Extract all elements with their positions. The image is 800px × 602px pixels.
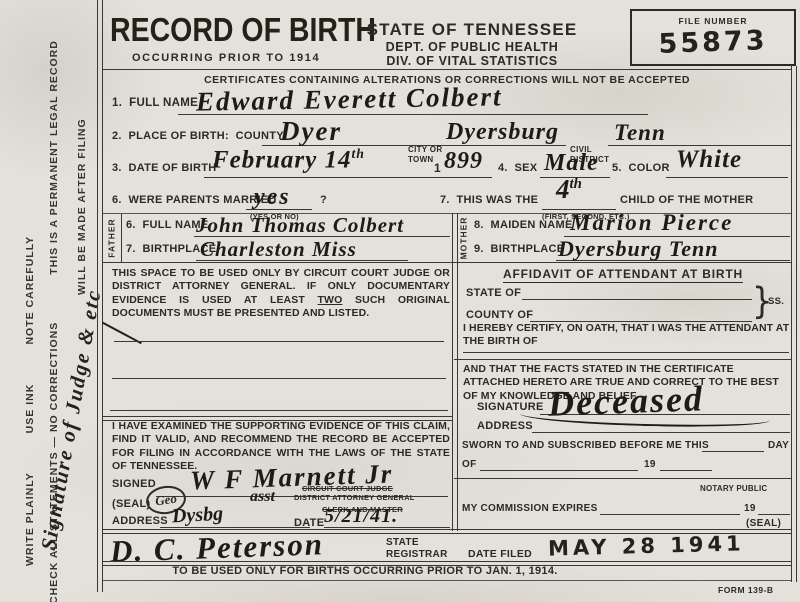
evidence-blank-line-1 (114, 341, 444, 342)
year-value: 899 (444, 148, 483, 175)
address-label-right: ADDRESS (477, 420, 533, 432)
sworn-day-line (702, 451, 764, 452)
file-number-stamp: 55873 (632, 24, 795, 61)
court-box-instructions: THIS SPACE TO BE USED ONLY BY CIRCUIT CO… (112, 267, 450, 321)
state-registrar-label-2: REGISTRAR (386, 549, 448, 560)
margin-note-outer: WRITE PLAINLY USE INK NOTE CAREFULLY (24, 236, 36, 566)
mother-name-value: Marion Pierce (570, 210, 733, 236)
evidence-blank-line-2 (112, 378, 446, 379)
date-value: February 14th (212, 146, 365, 174)
court-box-two-underlined: TWO (318, 294, 343, 306)
asst-note: asst (250, 488, 275, 506)
question-mark: ? (320, 194, 327, 206)
affidavit-title: AFFIDAVIT OF ATTENDANT AT BIRTH (503, 267, 743, 283)
state-of-line (522, 299, 752, 300)
day-label: DAY (768, 440, 789, 451)
parents-married-label: 6. WERE PARENTS MARRIED (112, 194, 277, 206)
ss-label: SS. (768, 296, 784, 307)
year-19-label: 19 (644, 459, 656, 470)
father-cell-divider (121, 214, 122, 262)
commission-19-label: 19 (744, 503, 756, 514)
child-of-mother-label: CHILD OF THE MOTHER (620, 194, 753, 206)
address-value-left: Dysbg (171, 503, 223, 529)
notary-rule (454, 478, 791, 479)
county-value: Dyer (280, 116, 342, 147)
child-number-label: 7. THIS WAS THE (440, 194, 538, 206)
signed-label: SIGNED (112, 478, 156, 490)
parent-block-bottom-rule (103, 262, 791, 263)
evidence-blank-line-3 (110, 410, 448, 411)
circuit-court-judge-label: CIRCUIT COURT JUDGE (302, 484, 393, 493)
place-of-birth-label: 2. PLACE OF BIRTH: COUNTY (112, 130, 284, 142)
color-label: 5. COLOR (612, 162, 670, 174)
father-side-label: FATHER (103, 214, 120, 262)
certify-statement: I HEREBY CERTIFY, ON OATH, THAT I WAS TH… (463, 322, 793, 349)
of-line (480, 470, 638, 471)
form-left-border (97, 0, 103, 592)
birth-record-document: WRITE PLAINLY USE INK NOTE CAREFULLY CHE… (0, 0, 800, 602)
sex-value: Male (544, 150, 599, 177)
margin-note-wrap: WILL BE MADE AFTER FILING (76, 118, 88, 295)
header-rule (103, 69, 791, 70)
color-value: White (676, 146, 742, 174)
date-value-left: 5/21/41. (324, 505, 398, 528)
district-value: Tenn (614, 120, 666, 146)
of-label: OF (462, 459, 477, 470)
sworn-label: SWORN TO AND SUBSCRIBED BEFORE ME THIS (462, 440, 709, 451)
affidavit-mid-rule (454, 359, 791, 360)
form-number: FORM 139-B (718, 585, 774, 595)
footer-usage-note: TO BE USED ONLY FOR BIRTHS OCCURRING PRI… (130, 565, 600, 577)
parents-married-value: yes (254, 184, 291, 211)
county-of-label: COUNTY OF (466, 309, 533, 321)
commission-label: MY COMMISSION EXPIRES (462, 503, 598, 514)
file-number-box: FILE NUMBER 55873 (630, 9, 796, 66)
year-line (660, 470, 712, 471)
mother-side-label: MOTHER (455, 214, 471, 262)
seal-label: (SEAL) (112, 498, 150, 510)
state-registrar-label-1: STATE (386, 537, 419, 548)
father-name-value: John Thomas Colbert (196, 213, 404, 238)
signature-flourish (520, 405, 770, 430)
mother-name-label: 8. MAIDEN NAME (474, 219, 573, 231)
mother-birthplace-value: Dyersburg Tenn (558, 236, 719, 262)
full-name-value: Edward Everett Colbert (196, 81, 503, 117)
address-line-right (532, 432, 790, 433)
address-label-left: ADDRESS (112, 515, 168, 527)
document-title: RECORD OF BIRTH (110, 12, 376, 50)
commission-line (600, 514, 740, 515)
sex-label: 4. SEX (498, 162, 537, 174)
year-printed-digit: 1 (434, 161, 441, 175)
city-value: Dyersburg (446, 119, 559, 146)
date-filed-label: DATE FILED (468, 548, 532, 560)
commission-year-line (758, 514, 790, 515)
affidavit-title-wrap: AFFIDAVIT OF ATTENDANT AT BIRTH (455, 265, 791, 283)
agency-state: STATE OF TENNESSEE (352, 20, 592, 40)
notary-public-label: NOTARY PUBLIC (700, 484, 767, 493)
district-attorney-label: DISTRICT ATTORNEY GENERAL (294, 493, 415, 502)
notary-seal-label: (SEAL) (746, 518, 781, 529)
state-of-label: STATE OF (466, 287, 521, 299)
document-subtitle: OCCURRING PRIOR TO 1914 (132, 52, 320, 64)
agency-division: DIV. OF VITAL STATISTICS (352, 54, 592, 68)
date-filed-stamp: MAY 28 1941 (548, 531, 745, 560)
agency-dept: DEPT. OF PUBLIC HEALTH (352, 40, 592, 54)
attendant-blank-line (463, 352, 789, 353)
footer-bottom-rule (103, 580, 791, 581)
color-line (666, 177, 788, 178)
child-number-value: 4th (556, 174, 582, 205)
date-line (204, 177, 492, 178)
full-name-label: 1. FULL NAME (112, 97, 198, 109)
mother-birthplace-label: 9. BIRTHPLACE (474, 243, 564, 255)
father-birthplace-value: Charleston Miss (200, 237, 357, 262)
date-of-birth-label: 3. DATE OF BIRTH (112, 162, 217, 174)
